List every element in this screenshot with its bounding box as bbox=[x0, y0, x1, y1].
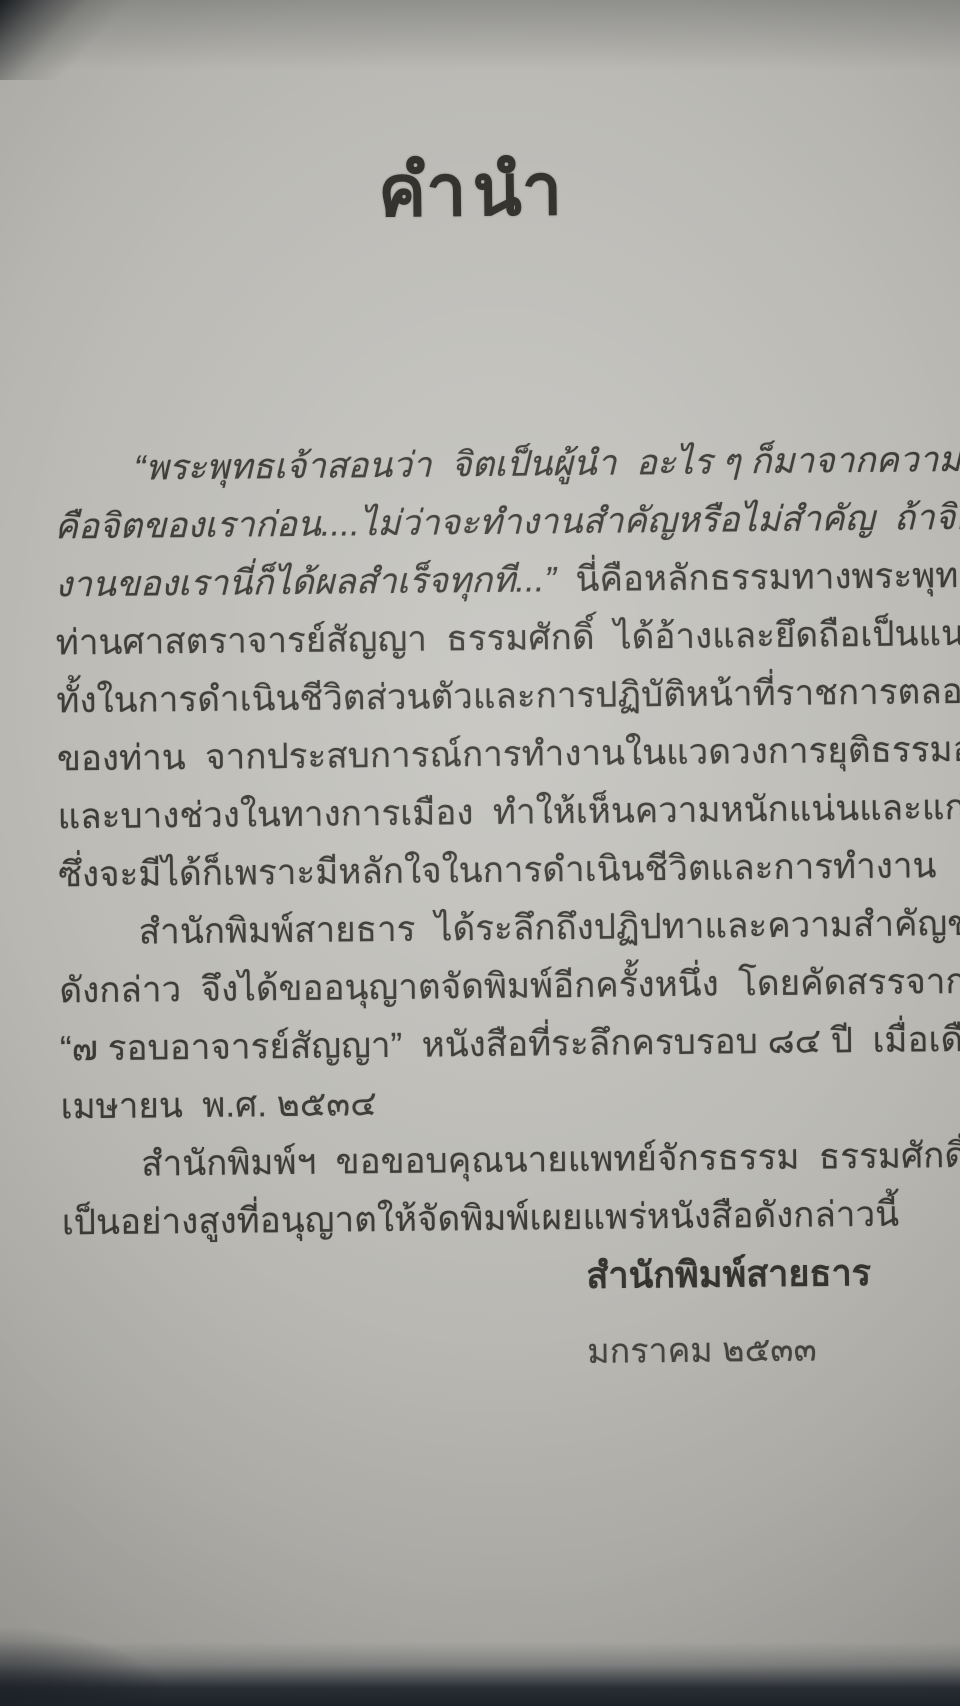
paragraph-line: ท่านศาสตราจารย์สัญญา ธรรมศักดิ์ ได้อ้างแ… bbox=[55, 606, 906, 673]
paragraph-line: สำนักพิมพ์ฯ ขอขอบคุณนายแพทย์จักรธรรม ธรร… bbox=[61, 1128, 912, 1195]
paragraph-line: งานของเรานี่ก็ได้ผลสำเร็จทุกที...” นี่คื… bbox=[55, 548, 906, 615]
quote-text: “พระพุทธเจ้าสอนว่า จิตเป็นผู้นำ อะไร ๆ ก… bbox=[134, 439, 960, 487]
publish-date: มกราคม ๒๕๓๓ bbox=[587, 1321, 872, 1378]
page-content: คำนำ “พระพุทธเจ้าสอนว่า จิตเป็นผู้นำ อะไ… bbox=[0, 0, 960, 1706]
signature-block: สำนักพิมพ์สายธาร มกราคม ๒๕๓๓ bbox=[586, 1244, 872, 1378]
paragraph-line: คือจิตของเราก่อน....ไม่ว่าจะทำงานสำคัญหร… bbox=[54, 490, 905, 557]
paragraph-line: เป็นอย่างสูงที่อนุญาตให้จัดพิมพ์เผยแพร่ห… bbox=[62, 1185, 913, 1252]
paragraph-line: “พระพุทธเจ้าสอนว่า จิตเป็นผู้นำ อะไร ๆ ก… bbox=[54, 432, 905, 499]
body-text: นี่คือหลักธรรมทางพระพุทธศาสนาที่ bbox=[575, 554, 960, 599]
paragraph-line: “๗ รอบอาจารย์สัญญา” หนังสือที่ระลึกครบรอ… bbox=[60, 1012, 911, 1079]
page-title: คำนำ bbox=[0, 127, 954, 252]
quote-text: งานของเรานี่ก็ได้ผลสำเร็จทุกที...” bbox=[55, 560, 576, 604]
paragraph-line: สำนักพิมพ์สายธาร ได้ระลึกถึงปฏิปทาและควา… bbox=[59, 896, 910, 963]
paragraph-line: ของท่าน จากประสบการณ์การทำงานในแวดวงการย… bbox=[57, 722, 908, 789]
paragraph-line: ดังกล่าว จึงได้ขออนุญาตจัดพิมพ์อีกครั้งห… bbox=[59, 954, 910, 1021]
paragraph-line: และบางช่วงในทางการเมือง ทำให้เห็นความหนั… bbox=[57, 780, 908, 847]
paragraph-line: เมษายน พ.ศ. ๒๕๓๔ bbox=[60, 1070, 911, 1137]
book-page: คำนำ “พระพุทธเจ้าสอนว่า จิตเป็นผู้นำ อะไ… bbox=[0, 0, 960, 1706]
paragraph-line: ซึ่งจะมีได้ก็เพราะมีหลักใจในการดำเนินชีว… bbox=[58, 838, 909, 905]
quote-text: คือจิตของเราก่อน....ไม่ว่าจะทำงานสำคัญหร… bbox=[54, 496, 960, 547]
publisher-name: สำนักพิมพ์สายธาร bbox=[586, 1244, 871, 1304]
preface-body: “พระพุทธเจ้าสอนว่า จิตเป็นผู้นำ อะไร ๆ ก… bbox=[54, 432, 912, 1253]
paragraph-line: ทั้งในการดำเนินชีวิตส่วนตัวและการปฏิบัติ… bbox=[56, 664, 907, 731]
